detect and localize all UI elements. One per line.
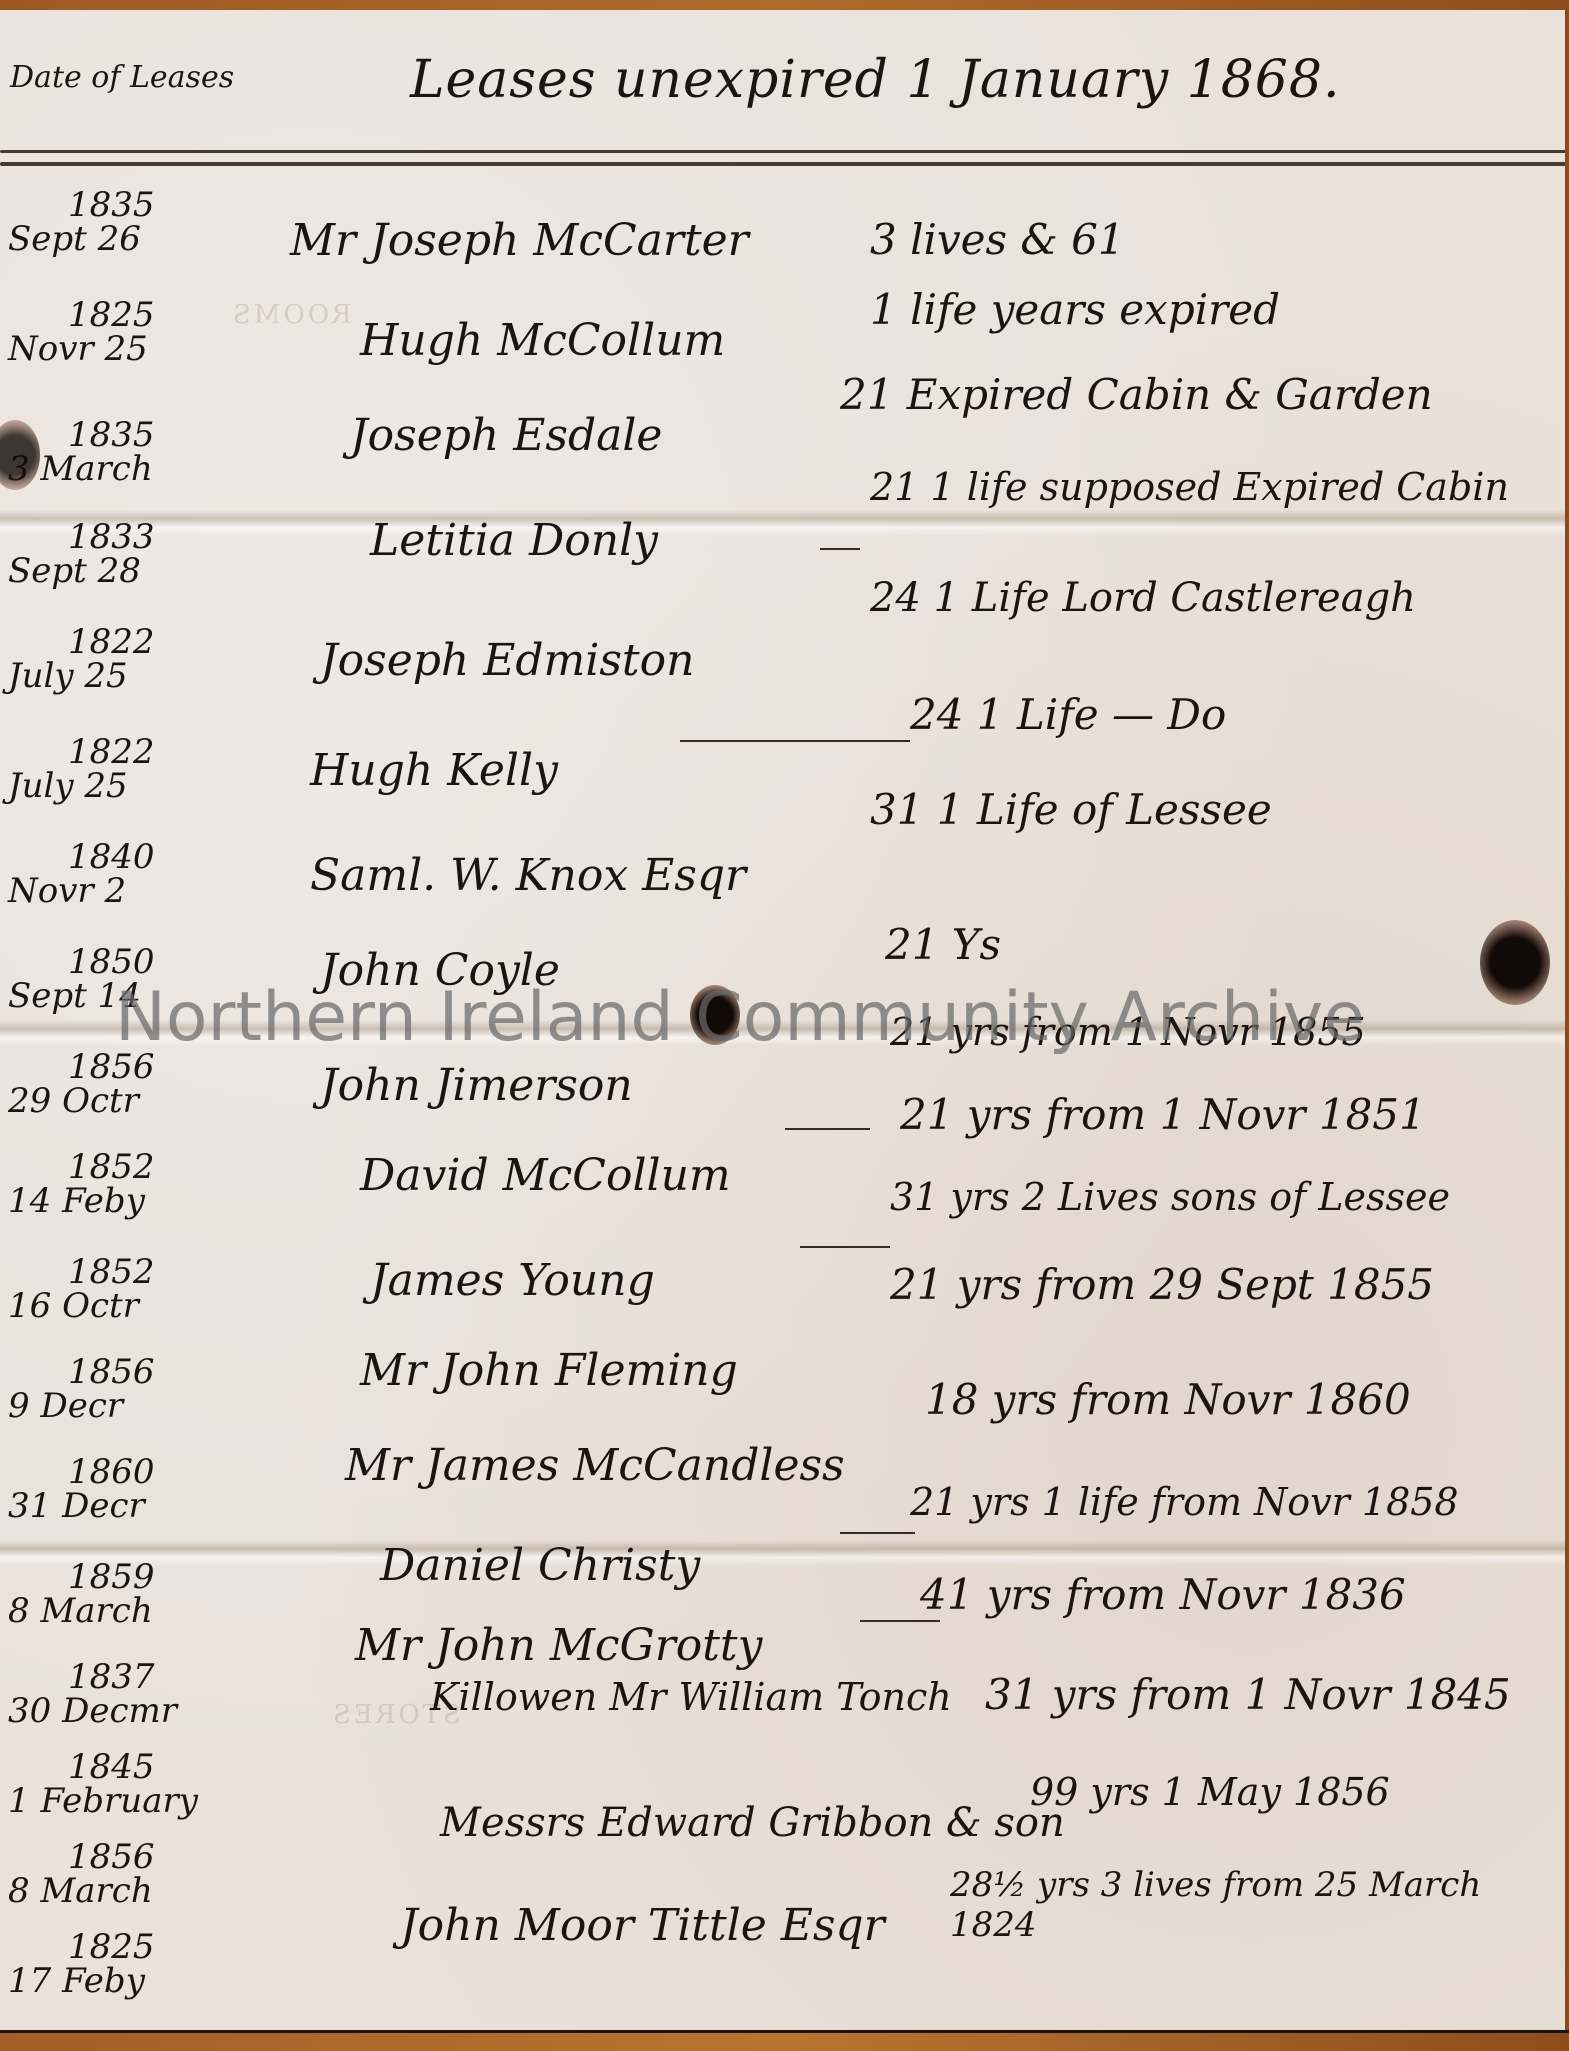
lease-terms: 41 yrs from Novr 1836 [920, 1570, 1406, 1619]
date-entry: 18598 March [8, 1560, 268, 1628]
manuscript-page: ROOMS STORES Date of Leases Leases unexp… [0, 10, 1565, 2030]
ink-blot [1480, 920, 1550, 1005]
date-entry: 1822July 25 [8, 735, 268, 803]
lessee-name: David McCollum [360, 1150, 731, 1201]
lease-terms: 24 1 Life Lord Castlereagh [870, 575, 1416, 621]
leader-dash [840, 1532, 915, 1534]
date-entry: 1835Sept 26 [8, 188, 268, 256]
leader-dash [820, 548, 860, 550]
page-title: Leases unexpired 1 January 1868. [410, 50, 1341, 110]
date-entry: 1840Novr 2 [8, 840, 268, 908]
lessee-name: Mr James McCandless [345, 1440, 845, 1491]
date-entry: 183730 Decmr [8, 1660, 268, 1728]
date-entry: 18568 March [8, 1840, 268, 1908]
date-entry: 18569 Decr [8, 1355, 268, 1423]
lease-terms: 21 Ys [885, 920, 1001, 969]
date-entry: 1825Novr 25 [8, 298, 268, 366]
lessee-name: John Moor Tittle Esqr [400, 1900, 885, 1951]
lessee-name: Saml. W. Knox Esqr [310, 850, 746, 901]
lease-terms: 21 yrs 1 life from Novr 1858 [910, 1480, 1459, 1524]
lease-terms: 21 Expired Cabin & Garden [840, 370, 1433, 419]
lease-terms: 28½ yrs 3 lives from 25 March 1824 [950, 1865, 1560, 1945]
frame-top-edge [0, 0, 1569, 10]
lease-terms: 18 yrs from Novr 1860 [925, 1375, 1411, 1424]
lessee-name: Joseph Edmiston [320, 635, 694, 686]
date-entry: 18451 February [8, 1750, 268, 1818]
date-entry: 186031 Decr [8, 1455, 268, 1523]
date-entry: 185216 Octr [8, 1255, 268, 1323]
lessee-name: John Jimerson [320, 1060, 633, 1111]
lease-terms: 1 life years expired [870, 285, 1280, 334]
date-entry: 18353 March [8, 418, 268, 486]
date-entry: 185629 Octr [8, 1050, 268, 1118]
leader-dash [785, 1128, 870, 1130]
lease-terms: 99 yrs 1 May 1856 [1030, 1770, 1390, 1814]
lessee-name: Killowen Mr William Tonch [430, 1675, 952, 1719]
lessee-name: Mr John Fleming [360, 1345, 738, 1396]
leader-dash [860, 1620, 940, 1622]
date-entry: 1822July 25 [8, 625, 268, 693]
date-entry: 185214 Feby [8, 1150, 268, 1218]
header-rule [0, 162, 1565, 166]
leader-dash [680, 740, 910, 742]
column-header-date: Date of Leases [10, 60, 234, 95]
lessee-name: Mr Joseph McCarter [290, 215, 749, 266]
lessee-name: Messrs Edward Gribbon & son [440, 1800, 1065, 1846]
lessee-name: James Young [370, 1255, 655, 1306]
lease-terms: 31 1 Life of Lessee [870, 785, 1272, 834]
date-entry: 1833Sept 28 [8, 520, 268, 588]
lease-terms: 21 1 life supposed Expired Cabin [870, 465, 1509, 509]
lessee-name: Mr John McGrotty [355, 1620, 762, 1671]
lease-terms: 24 1 Life — Do [910, 690, 1226, 739]
lease-terms: 21 yrs from 29 Sept 1855 [890, 1260, 1434, 1309]
lessee-name: Hugh McCollum [360, 315, 725, 366]
leader-dash [800, 1246, 890, 1248]
lessee-name: Letitia Donly [370, 515, 658, 566]
lease-terms: 31 yrs from 1 Novr 1845 [985, 1670, 1511, 1719]
lessee-name: Daniel Christy [380, 1540, 700, 1591]
lease-terms: 31 yrs 2 Lives sons of Lessee [890, 1175, 1450, 1219]
lessee-name: Hugh Kelly [310, 745, 558, 796]
header-rule [0, 150, 1565, 153]
archive-watermark: Northern Ireland Community Archive [115, 978, 1365, 1057]
lessee-name: Joseph Esdale [350, 410, 662, 461]
frame-bottom-edge [0, 2030, 1569, 2048]
lease-terms: 21 yrs from 1 Novr 1851 [900, 1090, 1426, 1139]
lease-terms: 3 lives & 61 [870, 215, 1125, 264]
date-entry: 182517 Feby [8, 1930, 268, 1998]
